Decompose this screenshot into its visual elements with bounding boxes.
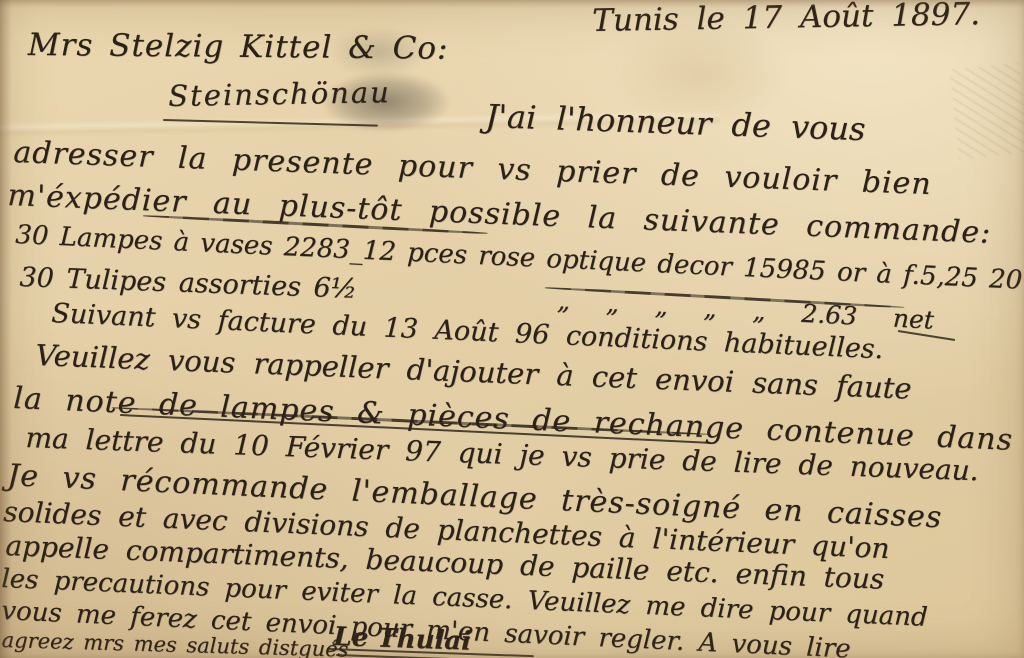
paper-edge-shadow: [0, 0, 1024, 8]
letter-paper: Tunis le 17 Août 1897. Mrs Stelzig Kitte…: [0, 0, 1024, 658]
recipient-city: Steinschönau: [168, 78, 391, 111]
opening-line: J'ai l'honneur de vous: [485, 100, 866, 145]
recipient-line: Mrs Stelzig Kittel & Co:: [28, 30, 449, 65]
pencil-hatch-marks: [949, 63, 1024, 160]
paper-edge-shadow: [0, 0, 12, 658]
order-item-line: 30 Tulipes assorties 6½: [19, 264, 357, 303]
